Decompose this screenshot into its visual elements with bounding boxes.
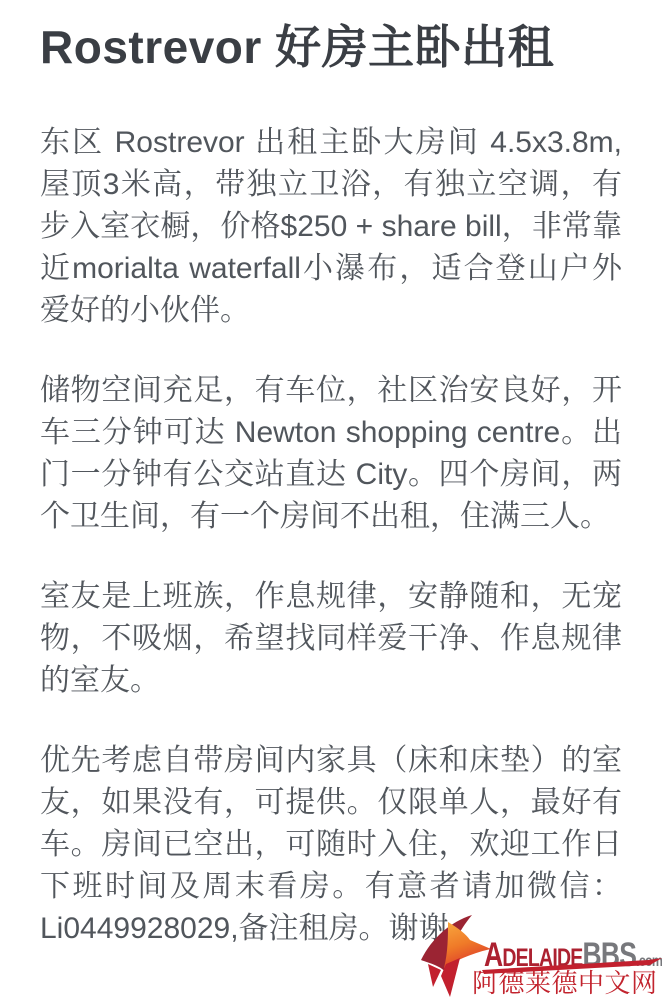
logo-chinese-tagline: 阿德莱德中文网 [472,968,658,998]
post-page: Rostrevor 好房主卧出租 东区 Rostrevor 出租主卧大房间 4.… [0,0,662,1000]
post-paragraph-description: 东区 Rostrevor 出租主卧大房间 4.5x3.8m,屋顶3米高，带独立卫… [40,122,622,332]
post-content: Rostrevor 好房主卧出租 东区 Rostrevor 出租主卧大房间 4.… [0,0,662,950]
post-paragraph-roommates: 室友是上班族，作息规律，安静随和，无宠物，不吸烟，希望找同样爱干净、作息规律的室… [40,576,622,702]
post-title: Rostrevor 好房主卧出租 [40,18,622,76]
adelaidebbs-logo-watermark: ADELAIDEBBS.com 阿德莱德中文网 [420,912,662,1000]
post-paragraph-location: 储物空间充足，有车位，社区治安良好，开车三分钟可达 Newton shoppin… [40,370,622,538]
